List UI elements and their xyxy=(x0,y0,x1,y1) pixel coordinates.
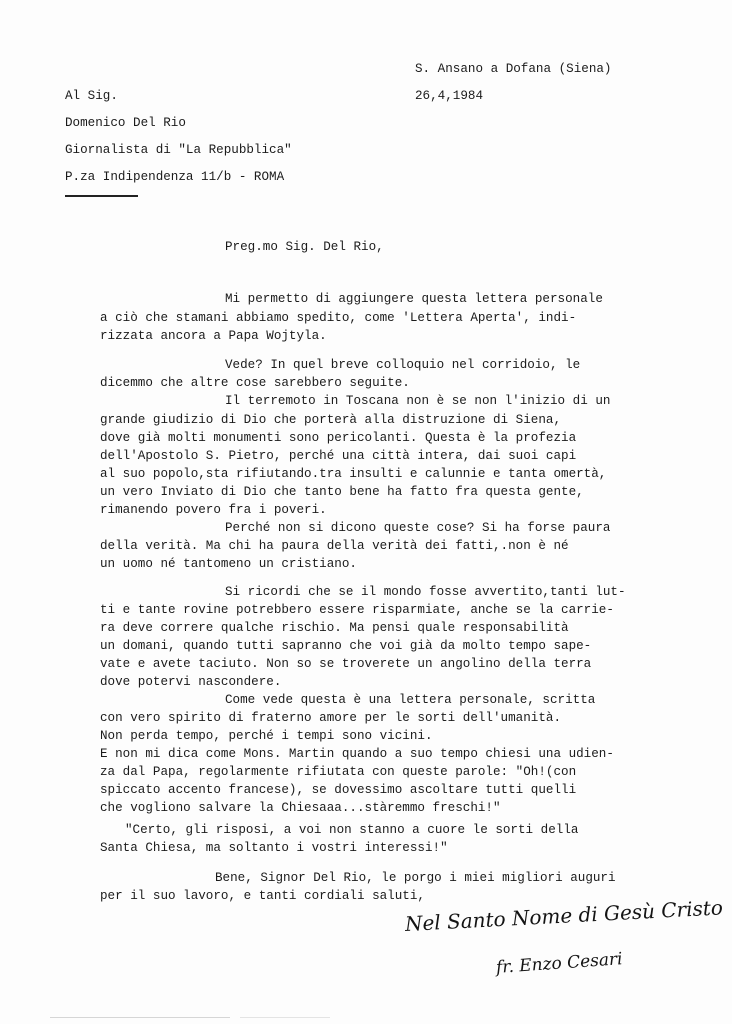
scan-artifact xyxy=(50,1017,230,1018)
recipient-line-1: Al Sig. xyxy=(65,89,118,104)
paragraph-first-line: Mi permetto di aggiungere questa lettera… xyxy=(225,292,603,307)
paragraph-line: al suo popolo,sta rifiutando.tra insulti… xyxy=(100,467,606,482)
paragraph-first-line: Il terremoto in Toscana non è se non l'i… xyxy=(225,394,610,409)
scan-artifact xyxy=(240,1017,330,1018)
paragraph-line: grande giudizio di Dio che porterà alla … xyxy=(100,413,561,428)
letter-date: 26,4,1984 xyxy=(415,89,483,104)
paragraph-line: E non mi dica come Mons. Martin quando a… xyxy=(100,747,614,762)
letter-page: S. Ansano a Dofana (Siena) 26,4,1984 Al … xyxy=(0,0,732,1024)
handwritten-signature: fr. Enzo Cesari xyxy=(495,949,623,978)
paragraph-line: ti e tante rovine potrebbero essere risp… xyxy=(100,603,614,618)
paragraph-first-line: Perché non si dicono queste cose? Si ha … xyxy=(225,521,610,536)
paragraph-line: dove potervi nascondere. xyxy=(100,675,281,690)
salutation: Preg.mo Sig. Del Rio, xyxy=(225,240,384,255)
letter-place: S. Ansano a Dofana (Siena) xyxy=(415,62,612,77)
paragraph-first-line: Si ricordi che se il mondo fosse avverti… xyxy=(225,585,626,600)
paragraph-line: dove già molti monumenti sono pericolant… xyxy=(100,431,576,446)
recipient-role: Giornalista di "La Repubblica" xyxy=(65,143,292,158)
paragraph-line: un domani, quando tutti sapranno che voi… xyxy=(100,639,591,654)
paragraph-line: un uomo né tantomeno un cristiano. xyxy=(100,557,357,572)
paragraph-line: Santa Chiesa, ma soltanto i vostri inter… xyxy=(100,841,448,856)
paragraph-line: ra deve correre qualche rischio. Ma pens… xyxy=(100,621,569,636)
paragraph-line: spiccato accento francese), se dovessimo… xyxy=(100,783,576,798)
paragraph-line: rizzata ancora a Papa Wojtyla. xyxy=(100,329,327,344)
paragraph-line: con vero spirito di fraterno amore per l… xyxy=(100,711,561,726)
paragraph-line: che vogliono salvare la Chiesaaa...stàre… xyxy=(100,801,501,816)
recipient-address: P.za Indipendenza 11/b - ROMA xyxy=(65,170,284,185)
paragraph-line: per il suo lavoro, e tanti cordiali salu… xyxy=(100,889,425,904)
paragraph-line: Non perda tempo, perché i tempi sono vic… xyxy=(100,729,433,744)
paragraph-line: rimanendo povero fra i poveri. xyxy=(100,503,327,518)
recipient-name: Domenico Del Rio xyxy=(65,116,186,131)
paragraph-line: vate e avete taciuto. Non so se troveret… xyxy=(100,657,591,672)
handwritten-closing: Nel Santo Nome di Gesù Cristo xyxy=(404,895,723,936)
paragraph-line: dell'Apostolo S. Pietro, perché una citt… xyxy=(100,449,576,464)
paragraph-line: a ciò che stamani abbiamo spedito, come … xyxy=(100,311,576,326)
address-underline xyxy=(65,195,138,197)
paragraph-line: un vero Inviato di Dio che tanto bene ha… xyxy=(100,485,584,500)
paragraph-first-line: Bene, Signor Del Rio, le porgo i miei mi… xyxy=(215,871,616,886)
paragraph-line: dicemmo che altre cose sarebbero seguite… xyxy=(100,376,410,391)
paragraph-line: za dal Papa, regolarmente rifiutata con … xyxy=(100,765,576,780)
paragraph-first-line: Come vede questa è una lettera personale… xyxy=(225,693,595,708)
paragraph-first-line: Vede? In quel breve colloquio nel corrid… xyxy=(225,358,580,373)
paragraph-first-line: "Certo, gli risposi, a voi non stanno a … xyxy=(125,823,578,838)
paragraph-line: della verità. Ma chi ha paura della veri… xyxy=(100,539,569,554)
